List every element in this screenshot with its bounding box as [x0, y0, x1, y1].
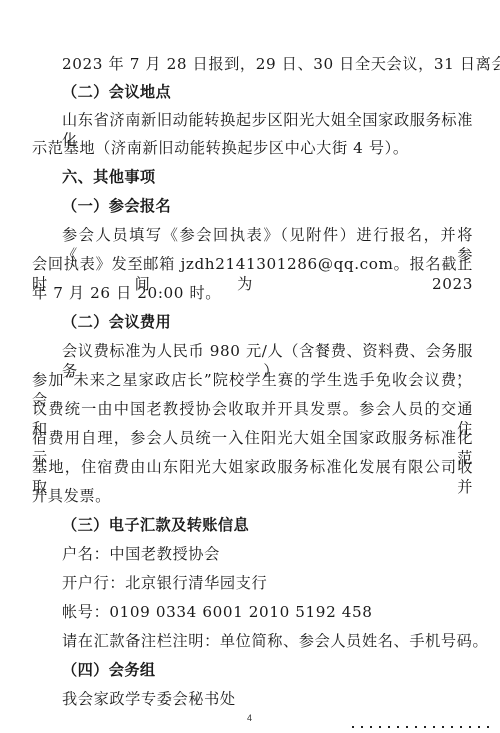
venue-address-line-2: 示范基地（济南新旧动能转换起步区中心大街 4 号）。: [32, 138, 409, 158]
heading-registration: （一）参会报名: [62, 196, 171, 216]
remittance-note: 请在汇款备注栏注明：单位简称、参会人员姓名、手机号码。: [62, 631, 488, 651]
heading-fees: （二）会议费用: [62, 312, 171, 332]
bank-branch: 开户行：北京银行清华园支行: [62, 573, 267, 593]
page-number: 4: [247, 713, 252, 723]
section-heading-other-matters: 六、其他事项: [62, 167, 156, 187]
account-name: 户名：中国老教授协会: [62, 544, 220, 564]
heading-venue: （二）会议地点: [62, 82, 171, 102]
schedule-dates: 2023 年 7 月 28 日报到，29 日、30 日全天会议，31 日离会。: [62, 54, 500, 74]
heading-secretariat: （四）会务组: [62, 660, 156, 680]
scan-artifact-divider: [352, 726, 492, 728]
account-number: 帐号：0109 0334 6001 2010 5192 458: [62, 602, 373, 622]
heading-remittance: （三）电子汇款及转账信息: [62, 515, 249, 535]
secretariat-name: 我会家政学专委会秘书处: [62, 689, 236, 709]
registration-deadline: 年 7 月 26 日 20:00 时。: [32, 283, 221, 303]
fees-line-6: 开具发票。: [32, 486, 111, 506]
